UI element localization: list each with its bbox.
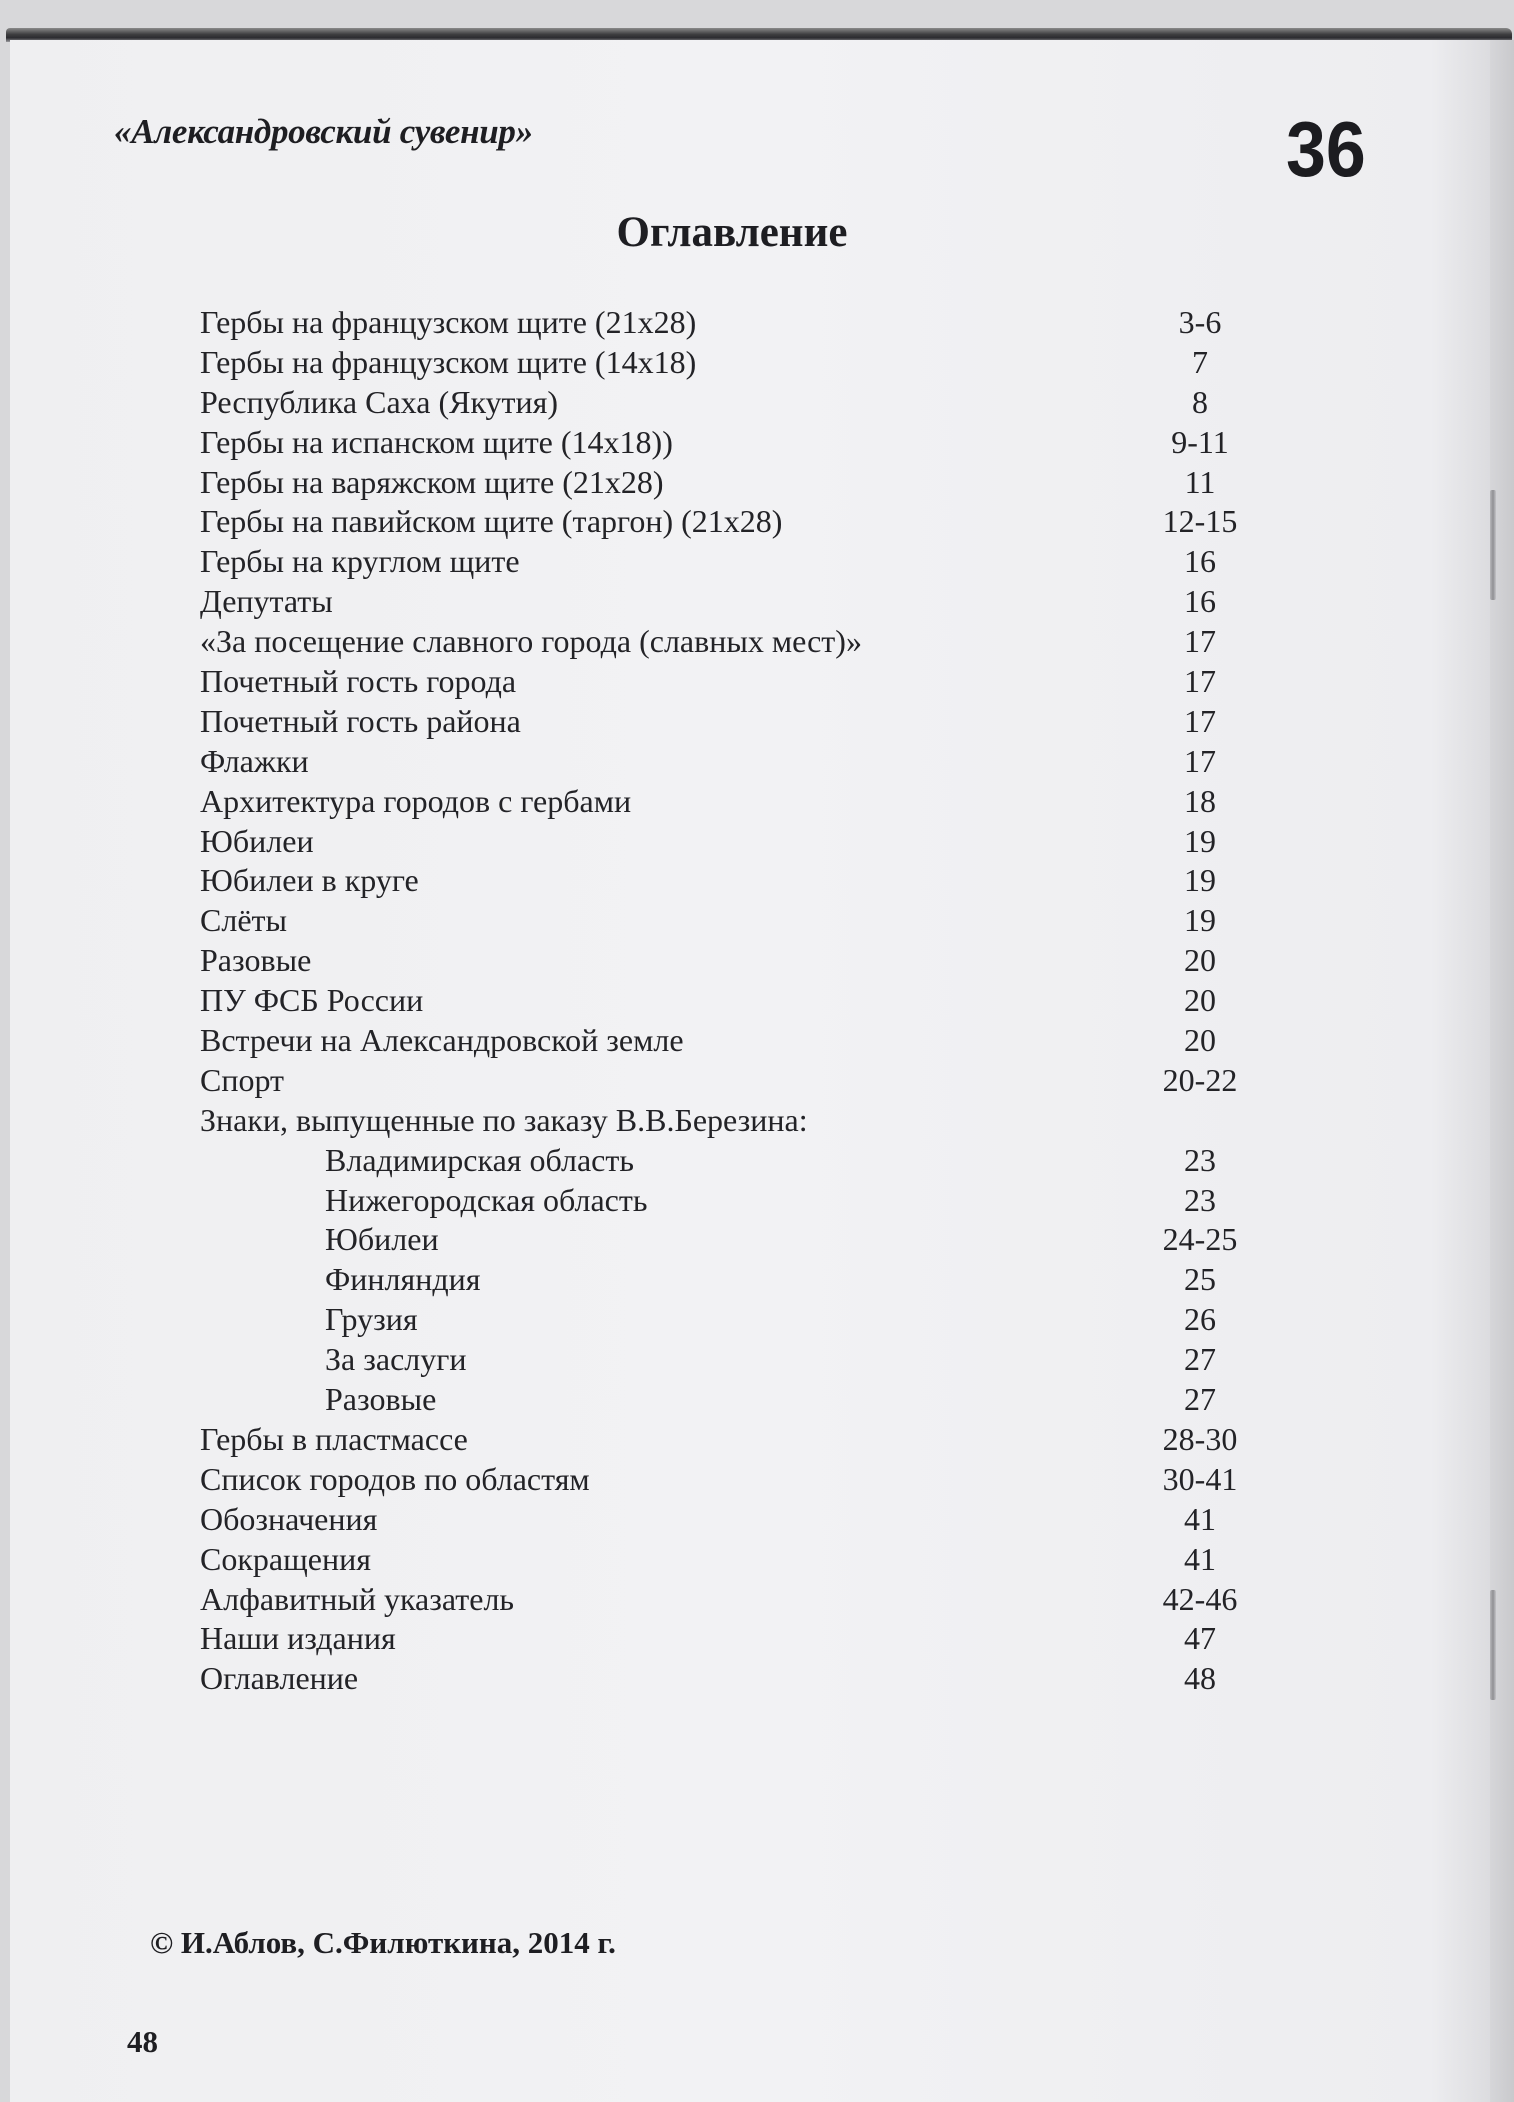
toc-entry-pages: 19 <box>1145 821 1255 861</box>
toc-entry: Гербы на французском щите (21х28) 3-6 <box>200 302 1280 342</box>
toc-entry: Почетный гость района 17 <box>200 701 1280 741</box>
toc-entry-pages: 9-11 <box>1145 422 1255 462</box>
toc-entry-label: Спорт <box>200 1060 284 1100</box>
toc-entry-label: Разовые <box>325 1379 436 1419</box>
toc-entry-label: «За посещение славного города (славных м… <box>200 621 862 661</box>
toc-entry-pages: 20 <box>1145 940 1255 980</box>
toc-entry: Владимирская область 23 <box>200 1140 1280 1180</box>
toc-entry-label: Республика Саха (Якутия) <box>200 382 558 422</box>
toc-entry: Финляндия 25 <box>200 1259 1280 1299</box>
toc-entry-pages: 27 <box>1145 1379 1255 1419</box>
toc-entry-pages: 17 <box>1145 621 1255 661</box>
toc-entry-pages: 41 <box>1145 1539 1255 1579</box>
toc-entry: Юбилеи 19 <box>200 821 1280 861</box>
toc-entry: Юбилеи 24-25 <box>200 1219 1280 1259</box>
toc-entry-pages: 3-6 <box>1145 302 1255 342</box>
toc-entry-label: Алфавитный указатель <box>200 1579 514 1619</box>
toc-entry-pages: 23 <box>1145 1180 1255 1220</box>
toc-entry-pages: 16 <box>1145 581 1255 621</box>
toc-entry: Депутаты 16 <box>200 581 1280 621</box>
toc-entry: Нижегородская область 23 <box>200 1180 1280 1220</box>
toc-entry-label: Гербы на варяжском щите (21х28) <box>200 462 664 502</box>
toc-entry: Архитектура городов с гербами 18 <box>200 781 1280 821</box>
toc-entry-pages: 18 <box>1145 781 1255 821</box>
toc-entry: Наши издания 47 <box>200 1618 1280 1658</box>
issue-number: 36 <box>1286 110 1366 188</box>
toc-entry: Гербы на французском щите (14х18) 7 <box>200 342 1280 382</box>
toc-entry-label: Гербы на круглом щите <box>200 541 520 581</box>
toc-entry: Гербы в пластмассе 28-30 <box>200 1419 1280 1459</box>
toc-entry: «За посещение славного города (славных м… <box>200 621 1280 661</box>
toc-entry-pages: 20 <box>1145 1020 1255 1060</box>
toc-entry: Оглавление 48 <box>200 1658 1280 1698</box>
toc-entry: Спорт 20-22 <box>200 1060 1280 1100</box>
toc-entry-pages: 16 <box>1145 541 1255 581</box>
toc-entry: Юбилеи в круге 19 <box>200 860 1280 900</box>
toc-entry-label: Нижегородская область <box>325 1180 647 1220</box>
toc-entry-pages: 19 <box>1145 900 1255 940</box>
toc-entry-pages: 24-25 <box>1145 1219 1255 1259</box>
toc-entry-label: Гербы в пластмассе <box>200 1419 468 1459</box>
toc-entry-label: Юбилеи <box>325 1219 439 1259</box>
toc-entry-label: Гербы на французском щите (21х28) <box>200 302 696 342</box>
toc-entry: Республика Саха (Якутия) 8 <box>200 382 1280 422</box>
toc-entry: Разовые 27 <box>200 1379 1280 1419</box>
toc-entry-label: Гербы на павийском щите (таргон) (21х28) <box>200 501 782 541</box>
toc-entry-pages: 26 <box>1145 1299 1255 1339</box>
toc-entry-pages: 17 <box>1145 661 1255 701</box>
toc-entry-pages: 8 <box>1145 382 1255 422</box>
toc-entry-label: Почетный гость района <box>200 701 521 741</box>
toc-entry: Сокращения 41 <box>200 1539 1280 1579</box>
toc-entry-pages: 19 <box>1145 860 1255 900</box>
running-title: «Александровский сувенир» <box>114 112 533 152</box>
toc-entry: Обозначения 41 <box>200 1499 1280 1539</box>
toc-entry: Знаки, выпущенные по заказу В.В.Березина… <box>200 1100 1280 1140</box>
toc-entry-label: Юбилеи в круге <box>200 860 419 900</box>
toc-entry: Список городов по областям 30-41 <box>200 1459 1280 1499</box>
page-number: 48 <box>127 2024 158 2060</box>
toc-entry: Гербы на круглом щите 16 <box>200 541 1280 581</box>
toc-entry-label: Почетный гость города <box>200 661 516 701</box>
toc-entry-pages: 25 <box>1145 1259 1255 1299</box>
toc-entry-pages: 41 <box>1145 1499 1255 1539</box>
toc-entry-pages: 42-46 <box>1145 1579 1255 1619</box>
page-right-shadow <box>1490 40 1514 2102</box>
toc-entry-label: Встречи на Александровской земле <box>200 1020 684 1060</box>
staple-icon <box>1490 1590 1496 1700</box>
toc-entry-label: Слёты <box>200 900 287 940</box>
toc-entry-pages: 30-41 <box>1145 1459 1255 1499</box>
toc-entry-label: Гербы на испанском щите (14х18)) <box>200 422 673 462</box>
toc-entry-pages: 17 <box>1145 701 1255 741</box>
toc-entry: Алфавитный указатель 42-46 <box>200 1579 1280 1619</box>
toc-entry: ПУ ФСБ России 20 <box>200 980 1280 1020</box>
toc-entry-label: Юбилеи <box>200 821 314 861</box>
toc-entry-label: Разовые <box>200 940 311 980</box>
toc-entry: Слёты 19 <box>200 900 1280 940</box>
toc-entry-label: ПУ ФСБ России <box>200 980 423 1020</box>
toc-entry-pages: 7 <box>1145 342 1255 382</box>
toc-entry-pages: 17 <box>1145 741 1255 781</box>
toc-entry-pages: 12-15 <box>1145 501 1255 541</box>
toc-entry-label: Наши издания <box>200 1618 396 1658</box>
toc-entry: Встречи на Александровской земле 20 <box>200 1020 1280 1060</box>
toc-entry-pages: 27 <box>1145 1339 1255 1379</box>
toc-entry-label: Обозначения <box>200 1499 377 1539</box>
toc-entry-label: Флажки <box>200 741 309 781</box>
toc-entry-pages: 28-30 <box>1145 1419 1255 1459</box>
toc-entry: Гербы на испанском щите (14х18)) 9-11 <box>200 422 1280 462</box>
toc-entry-label: Сокращения <box>200 1539 371 1579</box>
toc-entry-label: Депутаты <box>200 581 333 621</box>
toc-entry: Флажки 17 <box>200 741 1280 781</box>
toc-entry-label: Оглавление <box>200 1658 358 1698</box>
toc-entry: За заслуги 27 <box>200 1339 1280 1379</box>
toc-entry-label: Знаки, выпущенные по заказу В.В.Березина… <box>200 1100 808 1140</box>
toc-entry-pages: 20-22 <box>1145 1060 1255 1100</box>
toc-entry-pages: 11 <box>1145 462 1255 502</box>
toc-entry: Гербы на варяжском щите (21х28) 11 <box>200 462 1280 502</box>
scanned-page: «Александровский сувенир» 36 Оглавление … <box>0 0 1514 2102</box>
toc-entry-label: Финляндия <box>325 1259 480 1299</box>
toc-entry-label: Архитектура городов с гербами <box>200 781 631 821</box>
toc-entry-label: Гербы на французском щите (14х18) <box>200 342 696 382</box>
staple-icon <box>1490 490 1496 600</box>
page-title: Оглавление <box>0 208 1464 257</box>
toc-entry-pages: 47 <box>1145 1618 1255 1658</box>
copyright-notice: © И.Аблов, С.Филюткина, 2014 г. <box>150 1925 616 1961</box>
toc-entry-label: Грузия <box>325 1299 418 1339</box>
toc-entry-pages: 48 <box>1145 1658 1255 1698</box>
toc-entry: Почетный гость города 17 <box>200 661 1280 701</box>
toc-entry: Гербы на павийском щите (таргон) (21х28)… <box>200 501 1280 541</box>
toc-entry-pages: 23 <box>1145 1140 1255 1180</box>
toc-entry-label: За заслуги <box>325 1339 467 1379</box>
toc-entry: Грузия 26 <box>200 1299 1280 1339</box>
toc-entry-label: Владимирская область <box>325 1140 634 1180</box>
table-of-contents: Гербы на французском щите (21х28) 3-6 Ге… <box>200 302 1280 1698</box>
toc-entry-pages: 20 <box>1145 980 1255 1020</box>
toc-entry: Разовые 20 <box>200 940 1280 980</box>
toc-entry-label: Список городов по областям <box>200 1459 590 1499</box>
